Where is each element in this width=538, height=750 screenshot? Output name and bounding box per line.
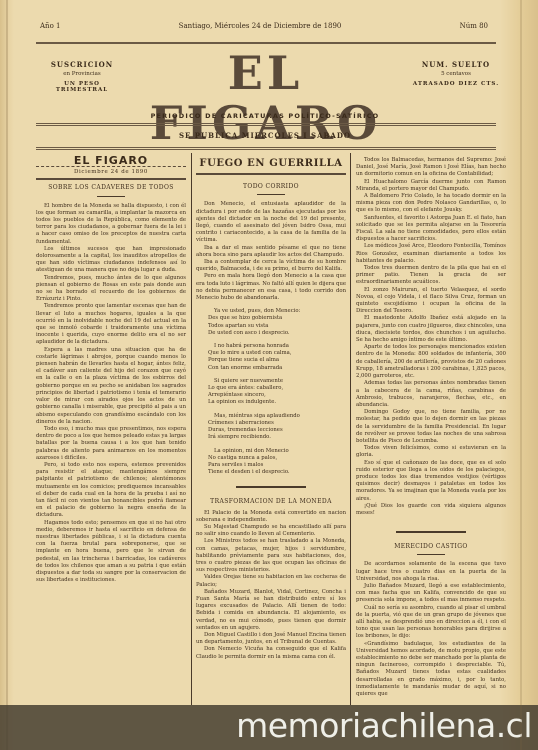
newspaper-page: Año 1 Santiago, Miércoles 24 de Diciembr…: [0, 0, 538, 750]
paragraph: «Grandísimo badulaque, los estudiantes d…: [356, 641, 506, 699]
verse: Des que se hizo gobiernista: [208, 315, 346, 322]
paragraph: Don Nemecio Vicuña ha conseguido que el …: [196, 646, 346, 660]
satire-column: FUEGO EN GUERRILLA TODO CORRIDO Don Mene…: [196, 160, 346, 661]
divider: [396, 531, 466, 533]
single-issue-price: 5 centavos: [412, 71, 500, 77]
watermark-bar: memoriachilena.cl: [0, 705, 538, 750]
paragraph: Pero, si todo esto nos espera, estemos p…: [36, 462, 186, 520]
column-divider-1: [191, 153, 192, 705]
verse: Tiene el desden i el desprecio.: [208, 469, 346, 476]
paragraph: Hagamos todo esto; pensemos en que si no…: [36, 520, 186, 585]
subscription-oval: SUSCRICION en Provincias UN PESO TRIMEST…: [38, 60, 126, 93]
poem-stanza: Ya ve usted, pues, don Menecio: Des que …: [208, 308, 346, 337]
verse: Con tan enorme embarrada: [208, 365, 346, 372]
verse: La opinion, mi don Menecio: [208, 448, 346, 455]
header-topline: Año 1 Santiago, Miércoles 24 de Diciembr…: [40, 22, 488, 30]
paragraph: Los últimos sucesos que han impresionado…: [36, 246, 186, 275]
paragraph: El zonzo Mairuran, el tuerto Velasquez, …: [356, 287, 506, 316]
verse: No castiga nunca a palos,: [208, 455, 346, 462]
paragraph: Julio Bañados Muzard, llegó a ese establ…: [356, 583, 506, 605]
paragraph: Los médicos José Arce, Eleodoro Fontecil…: [356, 243, 506, 265]
paragraph: Iba a dar el mas sentido pésame el que n…: [196, 245, 346, 259]
paragraph: Iba a contemplar de cerca la víctima de …: [196, 259, 346, 273]
paragraph: El hombre de la Moneda se halla dispuest…: [36, 203, 186, 246]
section-title: FUEGO EN GUERRILLA: [196, 160, 346, 167]
editorial-column: EL FIGARO Diciembre 24 de 1890 SOBRE LOS…: [36, 157, 186, 584]
paragraph: Todo eso, i mucho mas que presentimos, n…: [36, 426, 186, 462]
verse: Todos apartan su vista: [208, 323, 346, 330]
header-rule-top: [36, 42, 496, 44]
divider: [36, 178, 186, 180]
article-heading: TRASFORMACION DE LA MONEDA: [196, 498, 346, 505]
publication-schedule: SE PUBLICA MIERCOLES I SABADO: [120, 131, 410, 140]
subscription-price: UN PESO TRIMESTRAL: [38, 81, 126, 93]
subscription-region: en Provincias: [38, 71, 126, 77]
divider: [97, 196, 125, 197]
poem-stanza: Si quiere ser nuevamente Lo que era ánte…: [208, 378, 346, 407]
masthead-subtitle: PERIODICO DE CARICATURAS POLÍTICO-SATÍRI…: [100, 112, 430, 120]
paragraph: Espera a las madres una situacion que ha…: [36, 347, 186, 426]
paragraph: Valdes Orejas tiene su habitacion en las…: [196, 574, 346, 588]
paragraph: Todos los Balmacedas, hermanos del Supre…: [356, 157, 506, 179]
paragraph: Tendremos pronto que lamentar escenas qu…: [36, 303, 186, 346]
editorial-masthead: EL FIGARO: [36, 157, 186, 164]
paragraph: El Huachalomo García duerme junto con Ra…: [356, 179, 506, 193]
paragraph: A Baldomero Frio Colado, le ha tocado do…: [356, 193, 506, 215]
verse: De usted con asco i desprecio.: [208, 330, 346, 337]
paragraph: Ademas todas las personas ántes nombrada…: [356, 380, 506, 409]
paragraph: Aparte de todos los personajes mencionad…: [356, 344, 506, 380]
paragraph: Cuál no sería su asombro, cuando al pisa…: [356, 605, 506, 641]
verse: Si quiere ser nuevamente: [208, 378, 346, 385]
single-issue-oval: NUM. SUELTO 5 centavos ATRASADO DIEZ CTS…: [412, 60, 500, 87]
paragraph: Todos viven felicísimos, como si estuvie…: [356, 445, 506, 459]
paragraph: Los Ministros todos se han trasladado a …: [196, 538, 346, 574]
paragraph: Domingo Godoy que, no tiene familia, por…: [356, 409, 506, 445]
paragraph: Don Menecio, el entusiasta aplaudidor de…: [196, 201, 346, 244]
header-rule-mid: [36, 123, 496, 126]
paragraph: Tendremos, pues, mucho ántes de lo que a…: [36, 275, 186, 304]
verse: Ya ve usted, pues, don Menecio:: [208, 308, 346, 315]
article-heading: TODO CORRIDO: [196, 183, 346, 190]
verse: Mas, miéntras siga aplaudiendo: [208, 413, 346, 420]
divider: [236, 486, 306, 488]
back-issue-price: ATRASADO DIEZ CTS.: [412, 81, 500, 87]
article-heading: MERECIDO CASTIGO: [356, 543, 506, 550]
paragraph: Bañados Muzard, Blanlot, Vidal, Cortinez…: [196, 589, 346, 632]
divider: [196, 173, 346, 175]
verse: Porque tiene sucia el alma: [208, 357, 346, 364]
paragraph: Todos tres duermen dentro de la pila que…: [356, 265, 506, 287]
article-heading: SOBRE LOS CADAVERES DE TODOS: [36, 184, 186, 191]
year-label: Año 1: [40, 22, 60, 30]
paragraph: El Palacio de la Moneda está convertido …: [196, 510, 346, 524]
verse: Arrepiéntase sincero,: [208, 392, 346, 399]
header-rule-bottom: [36, 147, 496, 150]
subscription-label: SUSCRICION: [38, 60, 126, 69]
paragraph: Pero en mala hora llegó don Menecio a la…: [196, 273, 346, 302]
divider: [417, 554, 445, 555]
editorial-date: Diciembre 24 de 1890: [36, 169, 186, 176]
paragraph: Sanfuentes, el favorito i Astorga Juan E…: [356, 215, 506, 244]
verse: Crímenes i aberraciones: [208, 420, 346, 427]
paragraph: Don Miguel Castillo i don José Manuel En…: [196, 632, 346, 646]
paragraph: Eso sí que el cañonazo de las doce, que …: [356, 460, 506, 503]
dateline: Santiago, Miércoles 24 de Diciembre de 1…: [179, 22, 342, 30]
verse: Que lo mire a usted con calma,: [208, 350, 346, 357]
paragraph: Su Majestad Champudo se ha encastillado …: [196, 524, 346, 538]
poem-stanza: Mas, miéntras siga aplaudiendo Crímenes …: [208, 413, 346, 442]
issue-number: Núm 80: [460, 22, 488, 30]
column-divider-2: [350, 153, 351, 705]
news-column: Todos los Balmacedas, hermanos del Supre…: [356, 157, 506, 698]
poem-stanza: I no habrá persona honrada Que lo mire a…: [208, 343, 346, 372]
verse: La opinion es indulgente.: [208, 399, 346, 406]
single-issue-label: NUM. SUELTO: [412, 60, 500, 69]
paragraph: De acordarnos solamente de la escena que…: [356, 561, 506, 583]
verse: Irá siempre recibiendo.: [208, 434, 346, 441]
paragraph: ¡Qué Dios los guarde con vida siquiera a…: [356, 503, 506, 517]
verse: I no habrá persona honrada: [208, 343, 346, 350]
verse: Para serviles i malos: [208, 462, 346, 469]
poem-stanza: La opinion, mi don Menecio No castiga nu…: [208, 448, 346, 477]
watermark-text: memoriachilena.cl: [236, 706, 532, 745]
divider: [257, 194, 285, 195]
paragraph: El mastodonte Adolfo Ibañez está alojado…: [356, 315, 506, 344]
